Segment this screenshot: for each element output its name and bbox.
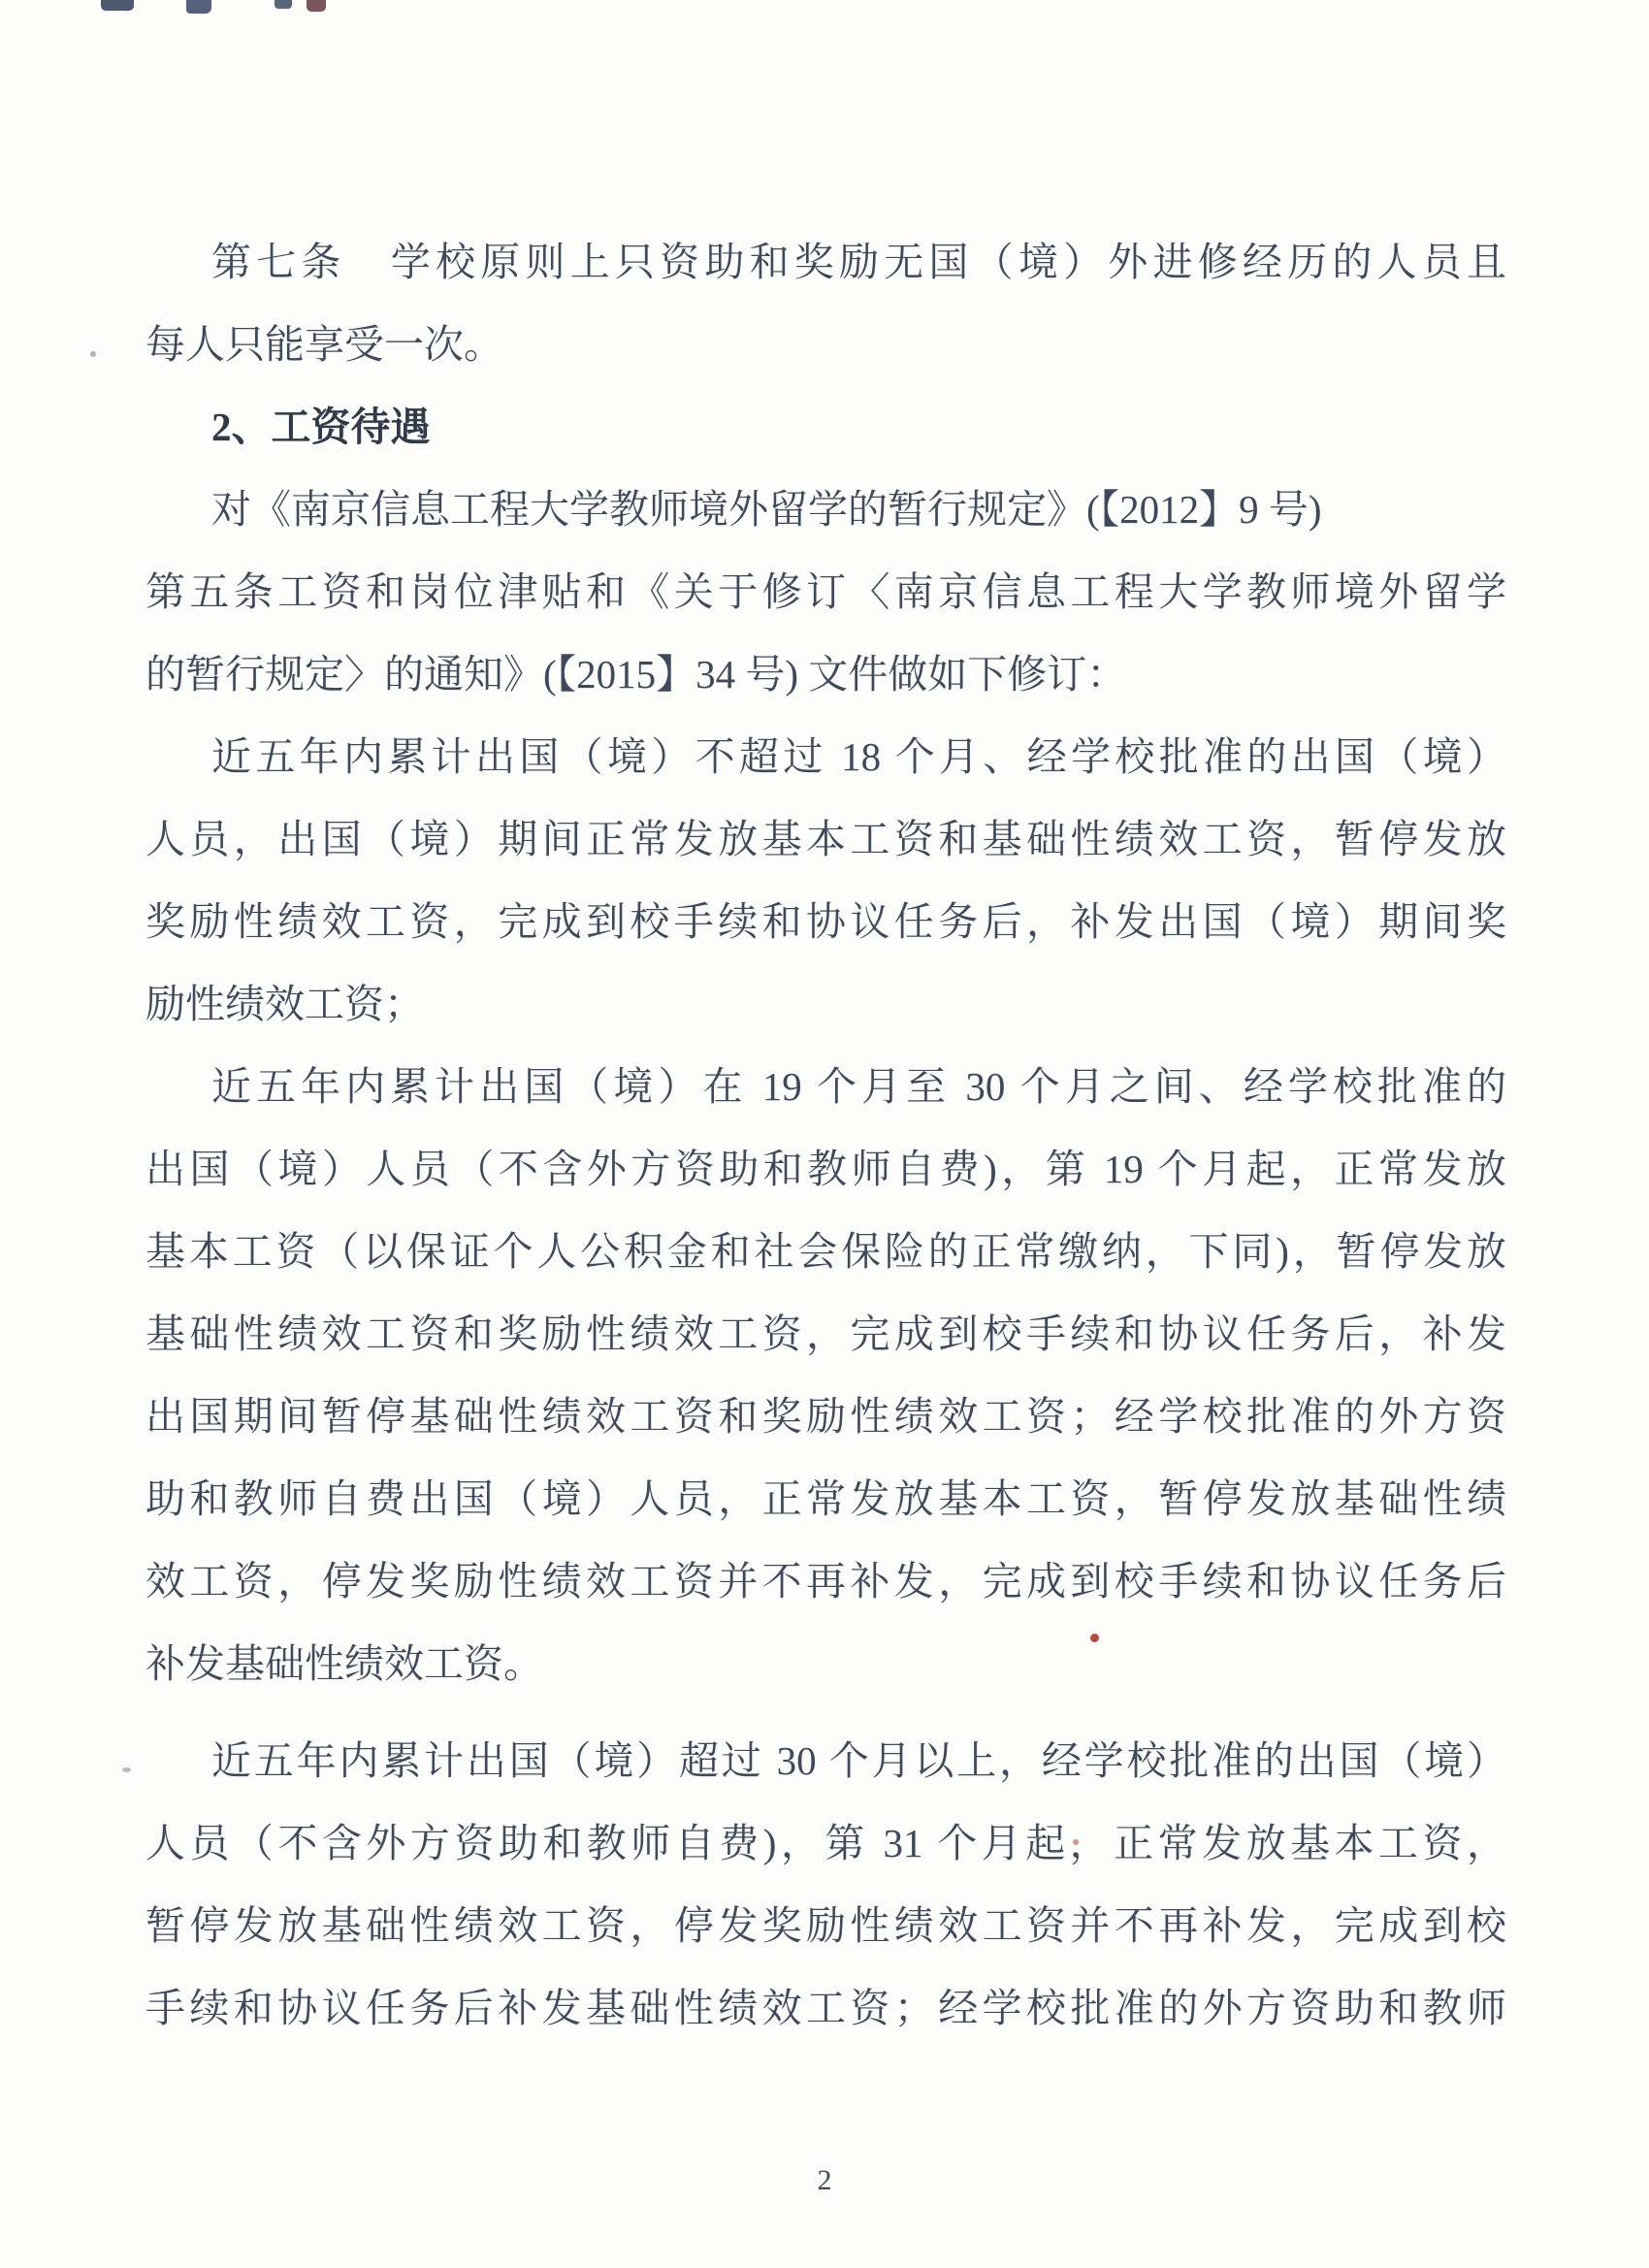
text-line: 近五年内累计出国（境）在 19 个月至 30 个月之间、经学校批准的 bbox=[145, 1046, 1506, 1128]
text-line: 近五年内累计出国（境）超过 30 个月以上，经学校批准的出国（境） bbox=[145, 1720, 1506, 1802]
paragraph-19-to-30-months: 近五年内累计出国（境）在 19 个月至 30 个月之间、经学校批准的 出国（境）… bbox=[145, 1046, 1506, 1705]
text-line: 出国（境）人员（不含外方资助和教师自费)，第 19 个月起，正常发放 bbox=[145, 1128, 1506, 1211]
scan-artifact-speck-2 bbox=[122, 1767, 131, 1772]
paragraph-over-30-months: 近五年内累计出国（境）超过 30 个月以上，经学校批准的出国（境） 人员（不含外… bbox=[145, 1720, 1506, 2050]
paragraph-article-7: 第七条 学校原则上只资助和奖励无国（境）外进修经历的人员且 每人只能享受一次。 bbox=[145, 221, 1506, 386]
scan-artifact-top-4 bbox=[307, 0, 326, 12]
text-line: 第七条 学校原则上只资助和奖励无国（境）外进修经历的人员且 bbox=[145, 221, 1506, 304]
text-line: 第五条工资和岗位津贴和《关于修订〈南京信息工程大学教师境外留学 bbox=[145, 551, 1506, 633]
paragraph-revision-intro: 对《南京信息工程大学教师境外留学的暂行规定》(【2012】9 号) 第五条工资和… bbox=[145, 469, 1506, 716]
section-heading-salary: 2、工资待遇 bbox=[145, 386, 1506, 469]
text-line: 人员（不含外方资助和教师自费)，第 31 个月起，正常发放基本工资， bbox=[145, 1802, 1506, 1885]
text-line: 补发基础性绩效工资。 bbox=[145, 1623, 1506, 1705]
page-number: 2 bbox=[0, 2161, 1649, 2200]
section-heading: 2、工资待遇 bbox=[145, 386, 1506, 469]
text-line: 人员，出国（境）期间正常发放基本工资和基础性绩效工资，暂停发放 bbox=[145, 798, 1506, 881]
text-line: 每人只能享受一次。 bbox=[145, 304, 1506, 386]
scan-artifact-speck-1 bbox=[90, 351, 96, 357]
text-line: 手续和协议任务后补发基础性绩效工资；经学校批准的外方资助和教师 bbox=[145, 1967, 1506, 2050]
text-line: 出国期间暂停基础性绩效工资和奖励性绩效工资；经学校批准的外方资 bbox=[145, 1376, 1506, 1458]
scan-artifact-top-3 bbox=[275, 0, 292, 9]
text-line: 暂停发放基础性绩效工资，停发奖励性绩效工资并不再补发，完成到校 bbox=[145, 1885, 1506, 1967]
document-page: 第七条 学校原则上只资助和奖励无国（境）外进修经历的人员且 每人只能享受一次。 … bbox=[0, 0, 1649, 2268]
scan-artifact-top-2 bbox=[186, 0, 211, 14]
text-line: 助和教师自费出国（境）人员，正常发放基本工资，暂停发放基础性绩 bbox=[145, 1458, 1506, 1540]
text-line: 效工资，停发奖励性绩效工资并不再补发，完成到校手续和协议任务后 bbox=[145, 1540, 1506, 1623]
text-line: 对《南京信息工程大学教师境外留学的暂行规定》(【2012】9 号) bbox=[145, 469, 1506, 551]
document-body: 第七条 学校原则上只资助和奖励无国（境）外进修经历的人员且 每人只能享受一次。 … bbox=[145, 221, 1506, 2050]
text-line: 励性绩效工资； bbox=[145, 963, 1506, 1046]
text-line: 的暂行规定〉的通知》(【2015】34 号) 文件做如下修订： bbox=[145, 633, 1506, 716]
text-line: 奖励性绩效工资，完成到校手续和协议任务后，补发出国（境）期间奖 bbox=[145, 881, 1506, 963]
paragraph-under-18-months: 近五年内累计出国（境）不超过 18 个月、经学校批准的出国（境） 人员，出国（境… bbox=[145, 716, 1506, 1046]
text-line: 基本工资（以保证个人公积金和社会保险的正常缴纳，下同)，暂停发放 bbox=[145, 1211, 1506, 1293]
text-line: 近五年内累计出国（境）不超过 18 个月、经学校批准的出国（境） bbox=[145, 716, 1506, 798]
scan-artifact-top-1 bbox=[101, 0, 134, 11]
text-line: 基础性绩效工资和奖励性绩效工资，完成到校手续和协议任务后，补发 bbox=[145, 1293, 1506, 1376]
